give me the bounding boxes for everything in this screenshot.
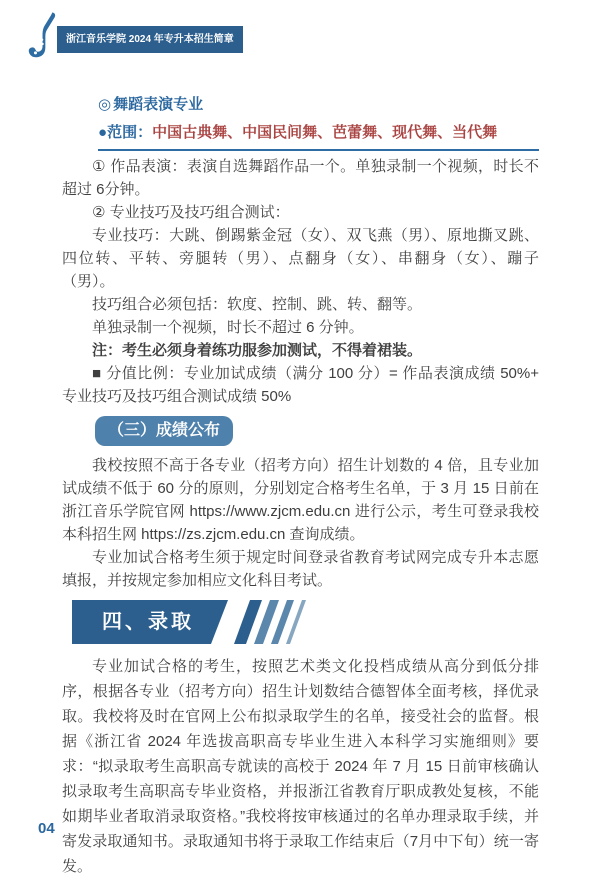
document-title: 浙江音乐学院 2024 年专升本招生简章 bbox=[57, 26, 243, 53]
paragraph-work-performance: ① 作品表演：表演自选舞蹈作品一个。单独录制一个视频，时长不超过 6分钟。 bbox=[62, 155, 539, 201]
scope-label-text: 范围： bbox=[107, 124, 152, 141]
saxophone-logo-icon bbox=[27, 11, 59, 59]
admission-banner-title: 四、录取 bbox=[72, 600, 228, 644]
paragraph-video-limit: 单独录制一个视频，时长不超过 6 分钟。 bbox=[62, 316, 539, 339]
paragraph-skill-combo: 技巧组合必须包括：软度、控制、跳、转、翻等。 bbox=[62, 293, 539, 316]
paragraph-skill-test-heading: ② 专业技巧及技巧组合测试： bbox=[62, 201, 539, 224]
dance-major-heading: ◎舞蹈表演专业 bbox=[98, 96, 539, 114]
paragraph-score-ratio: ■ 分值比例：专业加试成绩（满分 100 分）= 作品表演成绩 50%+ 专业技… bbox=[62, 362, 539, 408]
results-section: （三）成绩公布 我校按照不高于各专业（招考方向）招生计划数的 4 倍，且专业加试… bbox=[62, 416, 539, 592]
scope-value: 中国古典舞、中国民间舞、芭蕾舞、现代舞、当代舞 bbox=[152, 124, 497, 141]
admission-banner: 四、录取 bbox=[72, 600, 539, 644]
ring-marker-icon: ◎ bbox=[98, 96, 111, 113]
paragraph-results-publish: 我校按照不高于各专业（招考方向）招生计划数的 4 倍，且专业加试成绩不低于 60… bbox=[62, 454, 539, 546]
banner-stripes-decoration bbox=[242, 600, 298, 644]
scope-heading: ●范围：中国古典舞、中国民间舞、芭蕾舞、现代舞、当代舞 bbox=[98, 124, 539, 151]
bullet-marker-icon: ● bbox=[98, 124, 107, 141]
results-heading-badge: （三）成绩公布 bbox=[95, 416, 233, 446]
page-container: 浙江音乐学院 2024 年专升本招生简章 ◎舞蹈表演专业 ●范围：中国古典舞、中… bbox=[0, 0, 600, 884]
paragraph-admission-policy: 专业加试合格的考生，按照艺术类文化投档成绩从高分到低分排序，根据各专业（招考方向… bbox=[62, 654, 539, 879]
paragraph-pro-skills: 专业技巧：大跳、倒踢紫金冠（女）、双飞燕（男）、原地撕叉跳、四位转、平转、旁腿转… bbox=[62, 224, 539, 293]
page-number: 04 bbox=[38, 820, 55, 837]
dance-major-heading-label: 舞蹈表演专业 bbox=[113, 96, 203, 113]
content: ◎舞蹈表演专业 ●范围：中国古典舞、中国民间舞、芭蕾舞、现代舞、当代舞 ① 作品… bbox=[62, 96, 539, 879]
scope-label: ●范围： bbox=[98, 124, 152, 141]
paragraph-results-registration: 专业加试合格考生须于规定时间登录省教育考试网完成专升本志愿填报，并按规定参加相应… bbox=[62, 546, 539, 592]
results-heading-wrap: （三）成绩公布 bbox=[95, 416, 539, 446]
paragraph-note: 注：考生必须身着练功服参加测试，不得着裙装。 bbox=[62, 339, 539, 362]
admission-section: 四、录取 专业加试合格的考生，按照艺术类文化投档成绩从高分到低分排序，根据各专业… bbox=[62, 600, 539, 879]
